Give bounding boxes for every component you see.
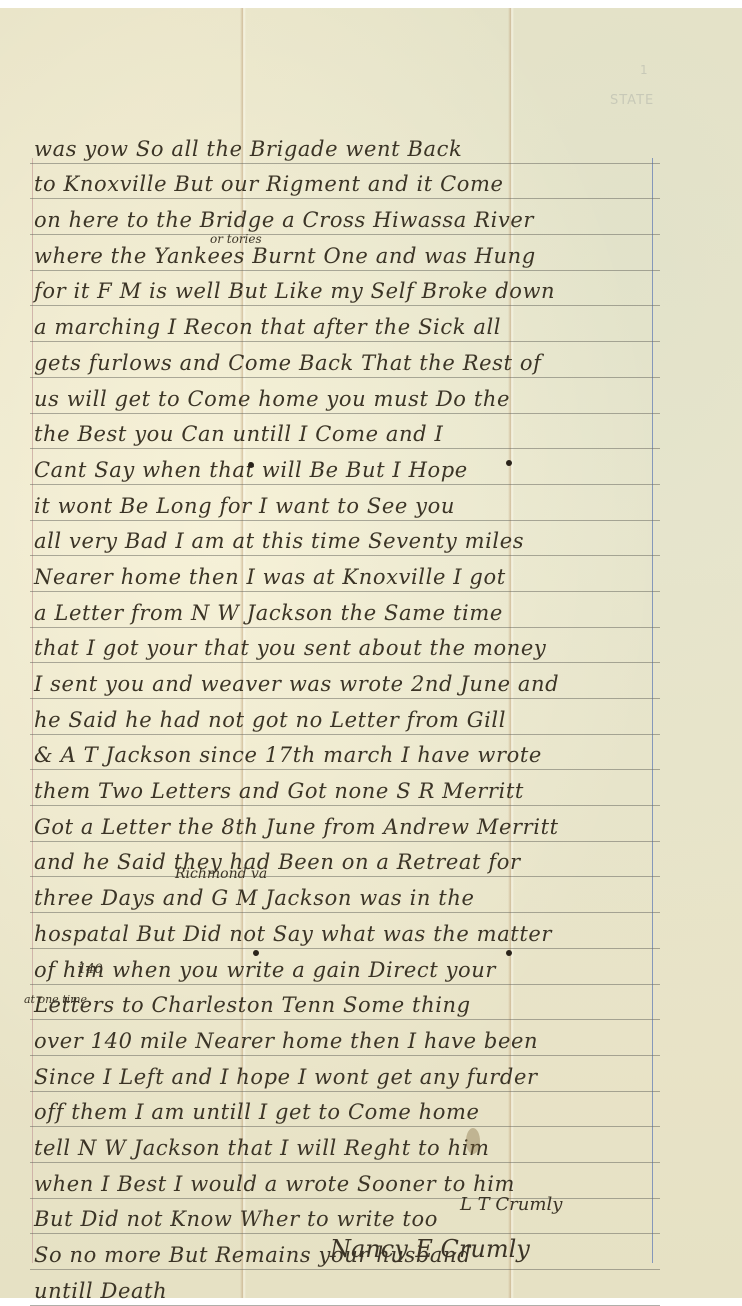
line-text: them Two Letters and Got none S R Merrit… bbox=[34, 779, 524, 803]
line-text: hospatal But Did not Say what was the ma… bbox=[34, 922, 552, 946]
letter-line: he Said he had not got no Letter from Gi… bbox=[30, 699, 660, 735]
letter-line: I sent you and weaver was wrote 2nd June… bbox=[30, 663, 660, 699]
letter-line: when I Best I would a wrote Sooner to hi… bbox=[30, 1163, 660, 1199]
writer-signature: L T Crumly bbox=[460, 1194, 562, 1215]
line-text: to Knoxville But our Rigment and it Come bbox=[34, 172, 504, 196]
interlinear-note: at one time bbox=[24, 993, 87, 1006]
letter-line: and he Said they had Been on a Retreat f… bbox=[30, 842, 660, 878]
letter-line: Cant Say when that will Be But I Hope bbox=[30, 449, 660, 485]
letter-line: a Letter from N W Jackson the Same time bbox=[30, 592, 660, 628]
line-text: Nearer home then I was at Knoxville I go… bbox=[34, 565, 506, 589]
letter-line: a marching I Recon that after the Sick a… bbox=[30, 306, 660, 342]
letter-line: it wont Be Long for I want to See you bbox=[30, 485, 660, 521]
line-text: was yow So all the Brigade went Back bbox=[34, 137, 462, 161]
letter-line: off them I am untill I get to Come home bbox=[30, 1092, 660, 1128]
letter-line: untill Death bbox=[30, 1270, 660, 1301]
line-text: I sent you and weaver was wrote 2nd June… bbox=[34, 672, 559, 696]
line-text: the Best you Can untill I Come and I bbox=[34, 422, 443, 446]
line-text: that I got your that you sent about the … bbox=[34, 636, 546, 660]
line-text: of him when you write a gain Direct your bbox=[34, 958, 496, 982]
letter-line: three Days and G M Jackson was in the bbox=[30, 877, 660, 913]
letter-line: the Best you Can untill I Come and I bbox=[30, 414, 660, 450]
line-text: and he Said they had Been on a Retreat f… bbox=[34, 850, 521, 874]
letter-line: Nearer home then I was at Knoxville I go… bbox=[30, 556, 660, 592]
line-text: he Said he had not got no Letter from Gi… bbox=[34, 708, 506, 732]
ink-stain bbox=[466, 1128, 480, 1154]
letter-line: Got a Letter the 8th June from Andrew Me… bbox=[30, 806, 660, 842]
line-text: when I Best I would a wrote Sooner to hi… bbox=[34, 1172, 515, 1196]
line-text: three Days and G M Jackson was in the bbox=[34, 886, 475, 910]
line-text: off them I am untill I get to Come home bbox=[34, 1100, 480, 1124]
letter-page: 1 STATE was yow So all the Brigade went … bbox=[0, 8, 742, 1298]
letter-line: of him when you write a gain Direct your bbox=[30, 949, 660, 985]
line-text: gets furlows and Come Back That the Rest… bbox=[34, 351, 541, 375]
letter-line: that I got your that you sent about the … bbox=[30, 628, 660, 664]
letter-line: for it F M is well But Like my Self Brok… bbox=[30, 271, 660, 307]
line-text: us will get to Come home you must Do the bbox=[34, 387, 510, 411]
letter-line: & A T Jackson since 17th march I have wr… bbox=[30, 735, 660, 771]
letter-line: all very Bad I am at this time Seventy m… bbox=[30, 521, 660, 557]
archive-stamp: STATE bbox=[610, 93, 654, 108]
interlinear-note: or tories bbox=[210, 232, 262, 246]
letter-line: hospatal But Did not Say what was the ma… bbox=[30, 913, 660, 949]
line-text: & A T Jackson since 17th march I have wr… bbox=[34, 743, 542, 767]
letter-line: tell N W Jackson that I will Reght to hi… bbox=[30, 1127, 660, 1163]
letter-line: them Two Letters and Got none S R Merrit… bbox=[30, 770, 660, 806]
letter-line: was yow So all the Brigade went Back bbox=[30, 128, 660, 164]
line-text: Letters to Charleston Tenn Some thing bbox=[34, 993, 471, 1017]
line-text: all very Bad I am at this time Seventy m… bbox=[34, 529, 524, 553]
line-text: But Did not Know Wher to write too bbox=[34, 1207, 438, 1231]
line-text: where the Yankees Burnt One and was Hung bbox=[34, 244, 536, 268]
ink-blot bbox=[248, 462, 254, 468]
letter-line: over 140 mile Nearer home then I have be… bbox=[30, 1020, 660, 1056]
archive-mark: 1 bbox=[640, 63, 648, 77]
interlinear-note: 140 bbox=[78, 962, 103, 977]
ink-blot bbox=[253, 950, 259, 956]
line-text: a Letter from N W Jackson the Same time bbox=[34, 601, 503, 625]
line-text: for it F M is well But Like my Self Brok… bbox=[34, 279, 555, 303]
ink-blot bbox=[506, 460, 512, 466]
letter-line: to Knoxville But our Rigment and it Come bbox=[30, 164, 660, 200]
recipient-signature: Nancy E Crumly bbox=[330, 1235, 530, 1263]
line-text: untill Death bbox=[34, 1279, 167, 1301]
letter-line: on here to the Bridge a Cross Hiwassa Ri… bbox=[30, 199, 660, 235]
letter-line: us will get to Come home you must Do the bbox=[30, 378, 660, 414]
letter-body: was yow So all the Brigade went Back to … bbox=[30, 128, 660, 1301]
line-text: Since I Left and I hope I wont get any f… bbox=[34, 1065, 538, 1089]
line-text: it wont Be Long for I want to See you bbox=[34, 494, 455, 518]
line-text: over 140 mile Nearer home then I have be… bbox=[34, 1029, 538, 1053]
ink-blot bbox=[506, 950, 512, 956]
letter-line: where the Yankees Burnt One and was Hung bbox=[30, 235, 660, 271]
line-text: Got a Letter the 8th June from Andrew Me… bbox=[34, 815, 559, 839]
letter-line: But Did not Know Wher to write too bbox=[30, 1199, 660, 1235]
line-text: on here to the Bridge a Cross Hiwassa Ri… bbox=[34, 208, 534, 232]
letter-line: gets furlows and Come Back That the Rest… bbox=[30, 342, 660, 378]
line-text: a marching I Recon that after the Sick a… bbox=[34, 315, 501, 339]
line-text: tell N W Jackson that I will Reght to hi… bbox=[34, 1136, 490, 1160]
interlinear-note: Richmond va bbox=[175, 866, 267, 882]
letter-line: Since I Left and I hope I wont get any f… bbox=[30, 1056, 660, 1092]
letter-line: Letters to Charleston Tenn Some thing bbox=[30, 985, 660, 1021]
